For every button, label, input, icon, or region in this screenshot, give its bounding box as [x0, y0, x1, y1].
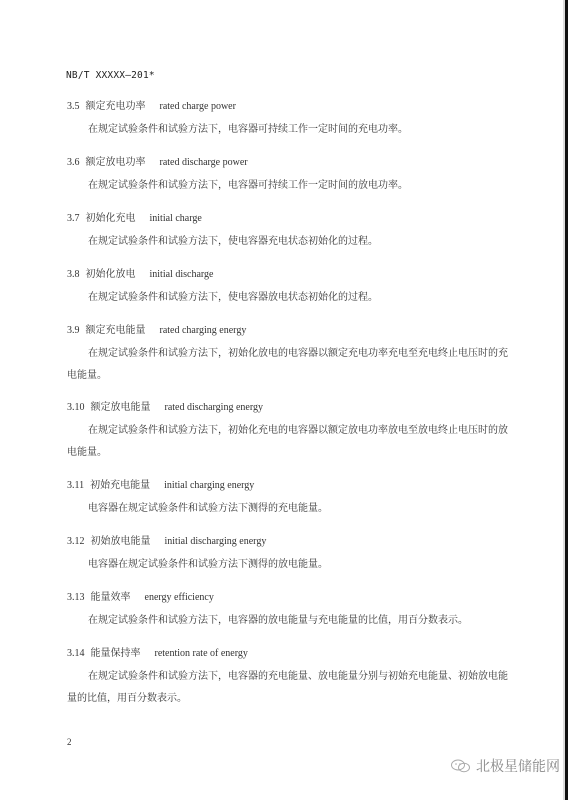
term-heading: 3.12初始放电能量initial discharging energy — [67, 532, 266, 547]
term-heading: 3.6额定放电功率rated discharge power — [67, 153, 248, 168]
term-number: 3.14 — [67, 648, 85, 659]
term-heading: 3.11初始充电能量initial charging energy — [67, 476, 254, 491]
term-definition: 在规定试验条件和试验方法下，初始化放电的电容器以额定充电功率充电至充电终止电压时… — [67, 343, 512, 387]
term-en: initial discharging energy — [165, 536, 267, 547]
term-definition: 在规定试验条件和试验方法下，使电容器放电状态初始化的过程。 — [67, 287, 512, 309]
page-number: 2 — [67, 737, 72, 747]
term-heading: 3.9额定充电能量rated charging energy — [67, 321, 246, 336]
term-zh: 初始放电能量 — [91, 532, 151, 547]
term-number: 3.12 — [67, 536, 85, 547]
term-number: 3.7 — [67, 213, 80, 224]
term-definition: 在规定试验条件和试验方法下，电容器的放电能量与充电能量的比值，用百分数表示。 — [67, 610, 512, 632]
term-zh: 初始充电能量 — [90, 476, 150, 491]
wechat-icon — [450, 759, 472, 773]
term-definition: 在规定试验条件和试验方法下，电容器可持续工作一定时间的放电功率。 — [67, 175, 512, 197]
term-number: 3.5 — [67, 101, 80, 112]
term-en: initial charging energy — [164, 480, 254, 491]
term-zh: 初始化放电 — [86, 265, 136, 280]
term-number: 3.9 — [67, 325, 80, 336]
term-zh: 能量效率 — [91, 588, 131, 603]
term-definition: 电容器在规定试验条件和试验方法下测得的充电能量。 — [67, 498, 512, 520]
watermark-text: 北极星储能网 — [476, 756, 560, 776]
term-heading: 3.7初始化充电initial charge — [67, 209, 202, 224]
term-heading: 3.13能量效率energy efficiency — [67, 588, 214, 603]
term-en: energy efficiency — [145, 592, 214, 603]
term-zh: 额定放电功率 — [86, 153, 146, 168]
term-definition: 在规定试验条件和试验方法下，初始化充电的电容器以额定放电功率放电至放电终止电压时… — [67, 420, 512, 464]
standard-code: NB/T XXXXX—201* — [66, 70, 155, 81]
term-definition: 在规定试验条件和试验方法下，电容器的充电能量、放电能量分别与初始充电能量、初始放… — [67, 666, 512, 710]
term-heading: 3.8初始化放电initial discharge — [67, 265, 213, 280]
term-zh: 能量保持率 — [91, 644, 141, 659]
term-zh: 初始化充电 — [86, 209, 136, 224]
term-en: rated discharge power — [160, 157, 248, 168]
term-number: 3.10 — [67, 402, 85, 413]
term-en: initial discharge — [150, 269, 214, 280]
term-number: 3.13 — [67, 592, 85, 603]
term-number: 3.6 — [67, 157, 80, 168]
term-en: rated charging energy — [160, 325, 247, 336]
term-heading: 3.10额定放电能量rated discharging energy — [67, 398, 263, 413]
term-en: rated charge power — [160, 101, 236, 112]
term-number: 3.11 — [67, 480, 84, 491]
term-en: rated discharging energy — [165, 402, 264, 413]
term-en: retention rate of energy — [155, 648, 248, 659]
term-heading: 3.14能量保持率retention rate of energy — [67, 644, 248, 659]
term-definition: 在规定试验条件和试验方法下，使电容器充电状态初始化的过程。 — [67, 231, 512, 253]
term-number: 3.8 — [67, 269, 80, 280]
term-definition: 电容器在规定试验条件和试验方法下测得的放电能量。 — [67, 554, 512, 576]
term-zh: 额定充电功率 — [86, 97, 146, 112]
term-heading: 3.5额定充电功率rated charge power — [67, 97, 236, 112]
term-zh: 额定放电能量 — [91, 398, 151, 413]
term-en: initial charge — [150, 213, 202, 224]
term-definition: 在规定试验条件和试验方法下，电容器可持续工作一定时间的充电功率。 — [67, 119, 512, 141]
term-zh: 额定充电能量 — [86, 321, 146, 336]
watermark: 北极星储能网 — [450, 756, 560, 776]
